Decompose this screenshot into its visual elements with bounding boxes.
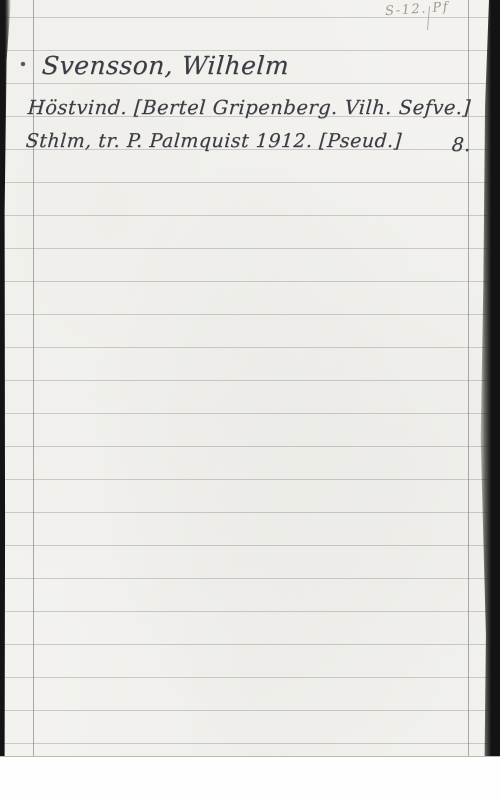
ruled-lines [0, 17, 500, 756]
catalog-card: S-12. Pf Svensson, Wilhelm Höstvind. [Be… [0, 0, 500, 757]
scanned-catalog-card-photo: S-12. Pf Svensson, Wilhelm Höstvind. [Be… [0, 0, 500, 800]
imprint-line: Sthlm, tr. P. Palmquist 1912. [Pseud.] [25, 130, 403, 152]
title-line: Höstvind. [Bertel Gripenberg. Vilh. Sefv… [27, 96, 472, 119]
margin-dot-mark [21, 62, 25, 66]
scan-background-below-card [0, 757, 500, 800]
author-heading: Svensson, Wilhelm [41, 51, 290, 80]
format-number: 8. [451, 134, 472, 156]
